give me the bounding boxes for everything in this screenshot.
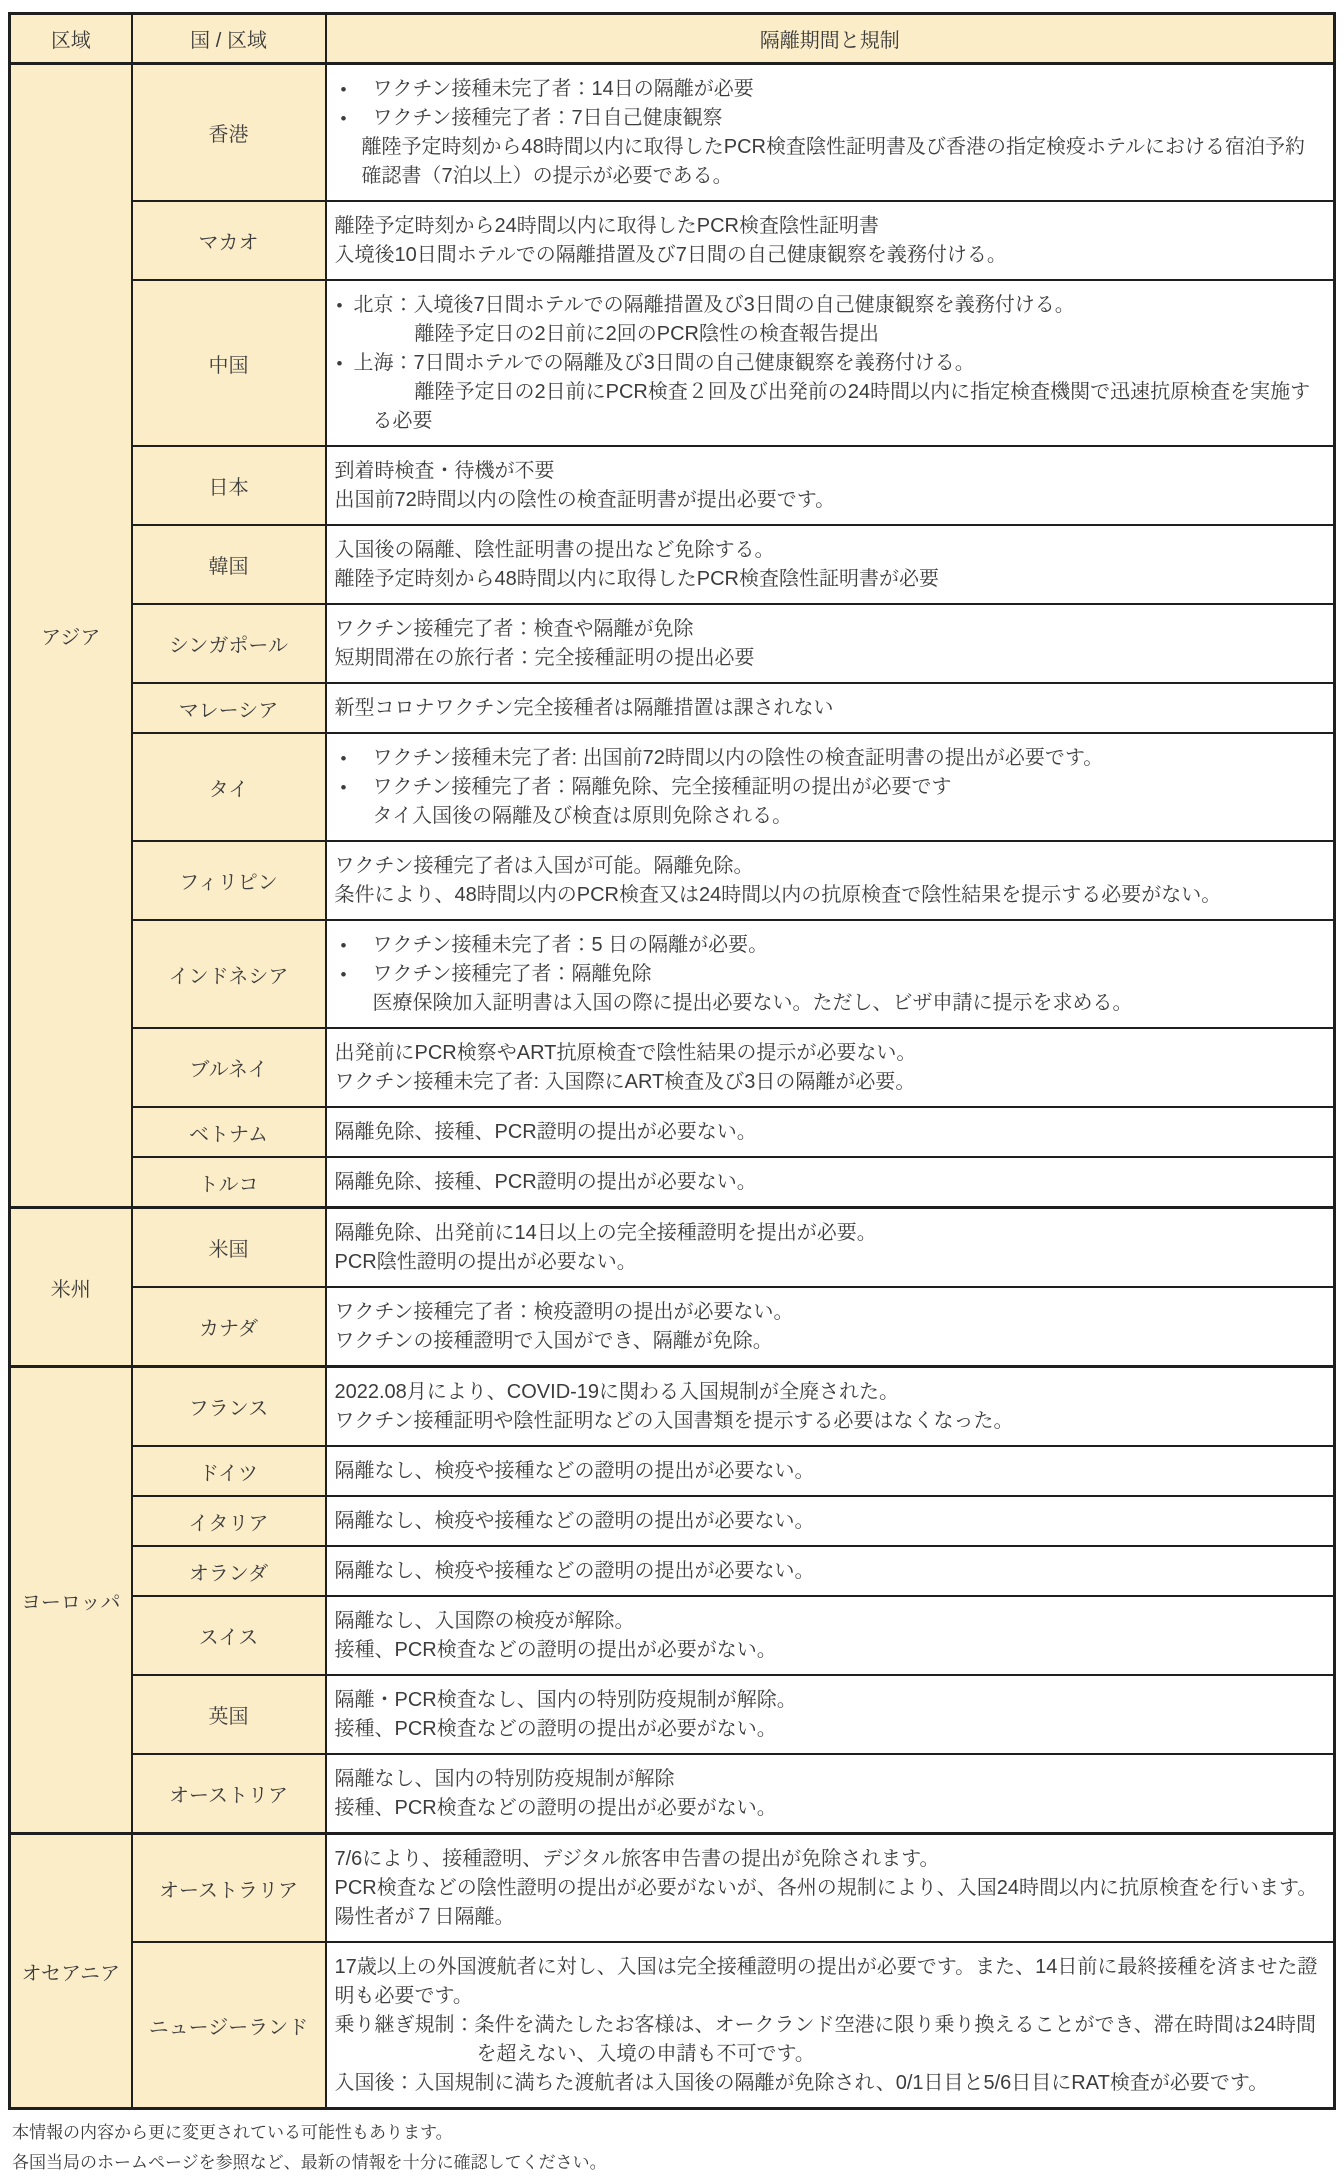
rule-text: 短期間滞在の旅行者：完全接種証明の提出必要 [335, 647, 755, 669]
rule-line: 出発前にPCR検察やART抗原検査で陰性結果の提示が必要ない。 [327, 1039, 1324, 1068]
table-row: ヨーロッパフランス2022.08月により、COVID-19に関わる入国規制が全廃… [10, 1367, 1335, 1447]
rule-text: 北京：入境後7日間ホテルでの隔離措置及び3日間の自己健康観察を義務付ける。 [354, 294, 1075, 316]
rule-text: ワクチン接種完了者：隔離免除、完全接種証明の提出が必要です [373, 776, 952, 798]
rule-line: 隔離免除、接種、PCR證明の提出が必要ない。 [327, 1118, 1324, 1147]
rules-cell: 隔離なし、検疫や接種などの證明の提出が必要ない。 [326, 1546, 1335, 1596]
bullet-icon: • [341, 773, 347, 802]
rule-line: 接種、PCR検査などの證明の提出が必要がない。 [327, 1715, 1324, 1744]
country-cell: インドネシア [132, 920, 326, 1028]
rules-cell: 隔離・PCR検査なし、国内の特別防疫規制が解除。接種、PCR検査などの證明の提出… [326, 1675, 1335, 1754]
rule-text: 接種、PCR検査などの證明の提出が必要がない。 [335, 1797, 777, 1819]
rule-line: 隔離・PCR検査なし、国内の特別防疫規制が解除。 [327, 1686, 1324, 1715]
rule-line: PCR陰性證明の提出が必要ない。 [327, 1248, 1324, 1277]
bullet-icon: • [341, 931, 347, 960]
footer-note-2: 各国当局のホームページを参照など、最新の情報を十分に確認してください。 [12, 2148, 1334, 2178]
rule-text: PCR陰性證明の提出が必要ない。 [335, 1251, 637, 1273]
rule-text: 隔離なし、検疫や接種などの證明の提出が必要ない。 [335, 1460, 815, 1482]
rule-line: 隔離なし、入国際の検疫が解除。 [327, 1607, 1324, 1636]
rule-text: 乗り継ぎ規制：条件を満たしたお客様は、オークランド空港に限り乗り換えることができ… [335, 2014, 1316, 2065]
rule-line: ワクチン接種完了者：検査や隔離が免除 [327, 615, 1324, 644]
country-cell: ブルネイ [132, 1028, 326, 1107]
rules-cell: 7/6により、接種證明、デジタル旅客申告書の提出が免除されます。PCR検査などの… [326, 1834, 1335, 1943]
rule-text: 隔離なし、国内の特別防疫規制が解除 [335, 1768, 675, 1790]
rule-text: ワクチンの接種證明で入国ができ、隔離が免除。 [335, 1330, 773, 1352]
rule-line: PCR検査などの陰性證明の提出が必要がないが、各州の規制により、入国24時間以内… [327, 1874, 1324, 1932]
country-cell: イタリア [132, 1496, 326, 1546]
rule-text: ワクチン接種未完了者：14日の隔離が必要 [373, 78, 754, 100]
rule-line: 乗り継ぎ規制：条件を満たしたお客様は、オークランド空港に限り乗り換えることができ… [327, 2011, 1324, 2069]
rules-cell: ワクチン接種完了者：検査や隔離が免除短期間滞在の旅行者：完全接種証明の提出必要 [326, 604, 1335, 683]
rule-bullet-line: •ワクチン接種未完了者：5 日の隔離が必要。 [327, 931, 1324, 960]
rule-bullet-line: •北京：入境後7日間ホテルでの隔離措置及び3日間の自己健康観察を義務付ける。 [327, 291, 1324, 320]
rules-cell: 出発前にPCR検察やART抗原検査で陰性結果の提示が必要ない。ワクチン接種未完了… [326, 1028, 1335, 1107]
rule-line: 離陸予定時刻から48時間以内に取得したPCR検査陰性証明書が必要 [327, 565, 1324, 594]
rule-line: ワクチンの接種證明で入国ができ、隔離が免除。 [327, 1327, 1324, 1356]
rule-text: ワクチン接種完了者：検疫證明の提出が必要ない。 [335, 1301, 794, 1323]
rule-text: 離陸予定時刻から48時間以内に取得したPCR検査陰性証明書が必要 [335, 568, 939, 590]
rule-line: 隔離なし、検疫や接種などの證明の提出が必要ない。 [327, 1557, 1324, 1586]
rule-text: ワクチン接種完了者：検査や隔離が免除 [335, 618, 694, 640]
rule-text: 医療保険加入証明書は入国の際に提出必要ない。ただし、ビザ申請に提示を求める。 [373, 992, 1133, 1014]
rule-line: 17歳以上の外国渡航者に対し、入国は完全接種證明の提出が必要です。また、14日前… [327, 1953, 1324, 2011]
rule-line: タイ入国後の隔離及び検査は原則免除される。 [327, 802, 1324, 831]
country-cell: スイス [132, 1596, 326, 1675]
rule-text: 出国前72時間以内の陰性の検査証明書が提出必要です。 [335, 489, 836, 511]
rule-text: 接種、PCR検査などの證明の提出が必要がない。 [335, 1718, 777, 1740]
rule-text: 隔離なし、入国際の検疫が解除。 [335, 1610, 635, 1632]
rule-text: 隔離免除、接種、PCR證明の提出が必要ない。 [335, 1171, 757, 1193]
rules-cell: 到着時検査・待機が不要出国前72時間以内の陰性の検査証明書が提出必要です。 [326, 446, 1335, 525]
rule-text: 到着時検査・待機が不要 [335, 460, 555, 482]
country-cell: シンガポール [132, 604, 326, 683]
table-row: スイス隔離なし、入国際の検疫が解除。接種、PCR検査などの證明の提出が必要がない… [10, 1596, 1335, 1675]
rules-cell: 新型コロナワクチン完全接種者は隔離措置は課されない [326, 683, 1335, 733]
rules-cell: 隔離免除、接種、PCR證明の提出が必要ない。 [326, 1157, 1335, 1208]
region-cell: アジア [10, 64, 132, 1208]
rule-bullet-line: •ワクチン接種完了者：隔離免除、完全接種証明の提出が必要です [327, 773, 1324, 802]
table-row: ブルネイ出発前にPCR検察やART抗原検査で陰性結果の提示が必要ない。ワクチン接… [10, 1028, 1335, 1107]
quarantine-rules-table: 区域 国 / 区域 隔離期間と規制 アジア香港•ワクチン接種未完了者：14日の隔… [8, 12, 1336, 2110]
country-cell: ニュージーランド [132, 1942, 326, 2109]
country-cell: ベトナム [132, 1107, 326, 1157]
bullet-icon: • [337, 349, 343, 378]
rule-text: 離陸予定時刻から24時間以内に取得したPCR検査陰性証明書 [335, 215, 879, 237]
table-row: 米州米国隔離免除、出発前に14日以上の完全接種證明を提出が必要。PCR陰性證明の… [10, 1208, 1335, 1288]
table-row: マレーシア新型コロナワクチン完全接種者は隔離措置は課されない [10, 683, 1335, 733]
rules-cell: 離陸予定時刻から24時間以内に取得したPCR検査陰性証明書入境後10日間ホテルで… [326, 201, 1335, 280]
rule-line: 医療保険加入証明書は入国の際に提出必要ない。ただし、ビザ申請に提示を求める。 [327, 989, 1324, 1018]
country-cell: カナダ [132, 1287, 326, 1367]
rule-text: 2022.08月により、COVID-19に関わる入国規制が全廃された。 [335, 1381, 900, 1403]
rule-text: タイ入国後の隔離及び検査は原則免除される。 [373, 805, 793, 827]
rule-line: ワクチン接種未完了者: 入国際にART検査及び3日の隔離が必要。 [327, 1068, 1324, 1097]
table-row: 中国•北京：入境後7日間ホテルでの隔離措置及び3日間の自己健康観察を義務付ける。… [10, 280, 1335, 446]
country-cell: タイ [132, 733, 326, 841]
country-cell: フィリピン [132, 841, 326, 920]
table-row: ドイツ隔離なし、検疫や接種などの證明の提出が必要ない。 [10, 1446, 1335, 1496]
rule-line: 離陸予定日の2日前に2回のPCR陰性の検査報告提出 [327, 320, 1324, 349]
rule-bullet-line: •ワクチン接種未完了者: 出国前72時間以内の陰性の検査証明書の提出が必要です。 [327, 744, 1324, 773]
rules-cell: •ワクチン接種未完了者：14日の隔離が必要•ワクチン接種完了者：7日自己健康観察… [326, 64, 1335, 202]
rules-cell: 隔離免除、接種、PCR證明の提出が必要ない。 [326, 1107, 1335, 1157]
rule-line: 隔離免除、接種、PCR證明の提出が必要ない。 [327, 1168, 1324, 1197]
rule-text: ワクチン接種完了者は入国が可能。隔離免除。 [335, 855, 754, 877]
table-row: カナダワクチン接種完了者：検疫證明の提出が必要ない。ワクチンの接種證明で入国がで… [10, 1287, 1335, 1367]
rule-line: 条件により、48時間以内のPCR検査又は24時間以内の抗原検査で陰性結果を提示す… [327, 881, 1324, 910]
rule-line: 2022.08月により、COVID-19に関わる入国規制が全廃された。 [327, 1378, 1324, 1407]
table-row: タイ•ワクチン接種未完了者: 出国前72時間以内の陰性の検査証明書の提出が必要で… [10, 733, 1335, 841]
rule-bullet-line: •ワクチン接種完了者：7日自己健康観察 [327, 104, 1324, 133]
table-row: インドネシア•ワクチン接種未完了者：5 日の隔離が必要。•ワクチン接種完了者：隔… [10, 920, 1335, 1028]
header-row: 区域 国 / 区域 隔離期間と規制 [10, 14, 1335, 64]
rules-cell: ワクチン接種完了者：検疫證明の提出が必要ない。ワクチンの接種證明で入国ができ、隔… [326, 1287, 1335, 1367]
rule-text: 入境後10日間ホテルでの隔離措置及び7日間の自己健康観察を義務付ける。 [335, 244, 1007, 266]
region-cell: オセアニア [10, 1834, 132, 2109]
rules-cell: •北京：入境後7日間ホテルでの隔離措置及び3日間の自己健康観察を義務付ける。離陸… [326, 280, 1335, 446]
rule-bullet-line: •ワクチン接種完了者：隔離免除 [327, 960, 1324, 989]
rule-text: 隔離・PCR検査なし、国内の特別防疫規制が解除。 [335, 1689, 797, 1711]
rule-text: 17歳以上の外国渡航者に対し、入国は完全接種證明の提出が必要です。また、14日前… [335, 1956, 1318, 2007]
rules-cell: 入国後の隔離、陰性証明書の提出など免除する。離陸予定時刻から48時間以内に取得し… [326, 525, 1335, 604]
table-row: マカオ離陸予定時刻から24時間以内に取得したPCR検査陰性証明書入境後10日間ホ… [10, 201, 1335, 280]
rule-line: 接種、PCR検査などの證明の提出が必要がない。 [327, 1636, 1324, 1665]
country-cell: 日本 [132, 446, 326, 525]
rule-text: PCR検査などの陰性證明の提出が必要がないが、各州の規制により、入国24時間以内… [335, 1877, 1318, 1928]
rule-text: ワクチン接種未完了者: 入国際にART検査及び3日の隔離が必要。 [335, 1071, 916, 1093]
table-header: 区域 国 / 区域 隔離期間と規制 [10, 14, 1335, 64]
rule-line: 隔離なし、検疫や接種などの證明の提出が必要ない。 [327, 1457, 1324, 1486]
rule-text: 隔離免除、接種、PCR證明の提出が必要ない。 [335, 1121, 757, 1143]
rule-text: 7/6により、接種證明、デジタル旅客申告書の提出が免除されます。 [335, 1848, 940, 1870]
rule-bullet-line: •上海：7日間ホテルでの隔離及び3日間の自己健康観察を義務付ける。 [327, 349, 1324, 378]
rule-text: 入国後の隔離、陰性証明書の提出など免除する。 [335, 539, 775, 561]
table-row: 日本到着時検査・待機が不要出国前72時間以内の陰性の検査証明書が提出必要です。 [10, 446, 1335, 525]
bullet-icon: • [341, 744, 347, 773]
table-row: シンガポールワクチン接種完了者：検査や隔離が免除短期間滞在の旅行者：完全接種証明… [10, 604, 1335, 683]
rule-text: 隔離なし、検疫や接種などの證明の提出が必要ない。 [335, 1510, 815, 1532]
rule-text: 離陸予定日の2日前に2回のPCR陰性の検査報告提出 [415, 323, 879, 345]
rule-line: 隔離なし、国内の特別防疫規制が解除 [327, 1765, 1324, 1794]
rule-line: 出国前72時間以内の陰性の検査証明書が提出必要です。 [327, 486, 1324, 515]
rule-bullet-line: •ワクチン接種未完了者：14日の隔離が必要 [327, 75, 1324, 104]
header-rules: 隔離期間と規制 [326, 14, 1335, 64]
rule-text: 離陸予定日の2日前にPCR検査２回及び出発前の24時間以内に指定検査機関で迅速抗… [373, 381, 1311, 432]
rule-text: 隔離免除、出発前に14日以上の完全接種證明を提出が必要。 [335, 1222, 877, 1244]
country-cell: 中国 [132, 280, 326, 446]
rule-text: 入国後：入国規制に満ちた渡航者は入国後の隔離が免除され、0/1日目と5/6日目に… [335, 2072, 1269, 2094]
footer-notes: 本情報の内容から更に変更されている可能性もあります。 各国当局のホームページを参… [8, 2110, 1336, 2178]
rule-line: ワクチン接種完了者は入国が可能。隔離免除。 [327, 852, 1324, 881]
rules-cell: 隔離免除、出発前に14日以上の完全接種證明を提出が必要。PCR陰性證明の提出が必… [326, 1208, 1335, 1288]
table-row: トルコ隔離免除、接種、PCR證明の提出が必要ない。 [10, 1157, 1335, 1208]
rule-line: 離陸予定時刻から24時間以内に取得したPCR検査陰性証明書 [327, 212, 1324, 241]
rule-line: 隔離免除、出発前に14日以上の完全接種證明を提出が必要。 [327, 1219, 1324, 1248]
rule-text: 条件により、48時間以内のPCR検査又は24時間以内の抗原検査で陰性結果を提示す… [335, 884, 1222, 906]
country-cell: 米国 [132, 1208, 326, 1288]
rules-cell: •ワクチン接種未完了者：5 日の隔離が必要。•ワクチン接種完了者：隔離免除医療保… [326, 920, 1335, 1028]
rule-text: 接種、PCR検査などの證明の提出が必要がない。 [335, 1639, 777, 1661]
table-row: オランダ隔離なし、検疫や接種などの證明の提出が必要ない。 [10, 1546, 1335, 1596]
rule-line: 新型コロナワクチン完全接種者は隔離措置は課されない [327, 694, 1324, 723]
table-row: アジア香港•ワクチン接種未完了者：14日の隔離が必要•ワクチン接種完了者：7日自… [10, 64, 1335, 202]
rule-line: 入国後の隔離、陰性証明書の提出など免除する。 [327, 536, 1324, 565]
table-row: オセアニアオーストラリア7/6により、接種證明、デジタル旅客申告書の提出が免除さ… [10, 1834, 1335, 1943]
table-row: オーストリア隔離なし、国内の特別防疫規制が解除接種、PCR検査などの證明の提出が… [10, 1754, 1335, 1834]
rule-text: 上海：7日間ホテルでの隔離及び3日間の自己健康観察を義務付ける。 [354, 352, 975, 374]
page: 区域 国 / 区域 隔離期間と規制 アジア香港•ワクチン接種未完了者：14日の隔… [0, 0, 1344, 2178]
rule-line: ワクチン接種証明や陰性証明などの入国書類を提示する必要はなくなった。 [327, 1407, 1324, 1436]
footer-note-1: 本情報の内容から更に変更されている可能性もあります。 [12, 2118, 1334, 2148]
bullet-icon: • [341, 960, 347, 989]
table-body: アジア香港•ワクチン接種未完了者：14日の隔離が必要•ワクチン接種完了者：7日自… [10, 64, 1335, 2109]
rule-text: ワクチン接種未完了者: 出国前72時間以内の陰性の検査証明書の提出が必要です。 [373, 747, 1104, 769]
country-cell: オーストリア [132, 1754, 326, 1834]
country-cell: マレーシア [132, 683, 326, 733]
rule-line: 入境後10日間ホテルでの隔離措置及び7日間の自己健康観察を義務付ける。 [327, 241, 1324, 270]
rule-text: 離陸予定時刻から48時間以内に取得したPCR検査陰性証明書及び香港の指定検疫ホテ… [362, 136, 1305, 187]
country-cell: オーストラリア [132, 1834, 326, 1943]
rules-cell: 2022.08月により、COVID-19に関わる入国規制が全廃された。ワクチン接… [326, 1367, 1335, 1447]
rule-text: 隔離なし、検疫や接種などの證明の提出が必要ない。 [335, 1560, 815, 1582]
header-country: 国 / 区域 [132, 14, 326, 64]
table-row: イタリア隔離なし、検疫や接種などの證明の提出が必要ない。 [10, 1496, 1335, 1546]
rules-cell: 17歳以上の外国渡航者に対し、入国は完全接種證明の提出が必要です。また、14日前… [326, 1942, 1335, 2109]
rules-cell: ワクチン接種完了者は入国が可能。隔離免除。条件により、48時間以内のPCR検査又… [326, 841, 1335, 920]
bullet-icon: • [341, 75, 347, 104]
rules-cell: 隔離なし、検疫や接種などの證明の提出が必要ない。 [326, 1496, 1335, 1546]
rule-line: 短期間滞在の旅行者：完全接種証明の提出必要 [327, 644, 1324, 673]
rule-text: 出発前にPCR検察やART抗原検査で陰性結果の提示が必要ない。 [335, 1042, 917, 1064]
country-cell: 韓国 [132, 525, 326, 604]
rule-line: 離陸予定日の2日前にPCR検査２回及び出発前の24時間以内に指定検査機関で迅速抗… [327, 378, 1324, 436]
header-region: 区域 [10, 14, 132, 64]
table-row: ベトナム隔離免除、接種、PCR證明の提出が必要ない。 [10, 1107, 1335, 1157]
country-cell: マカオ [132, 201, 326, 280]
rules-cell: 隔離なし、検疫や接種などの證明の提出が必要ない。 [326, 1446, 1335, 1496]
rules-cell: •ワクチン接種未完了者: 出国前72時間以内の陰性の検査証明書の提出が必要です。… [326, 733, 1335, 841]
country-cell: 香港 [132, 64, 326, 202]
rules-cell: 隔離なし、国内の特別防疫規制が解除接種、PCR検査などの證明の提出が必要がない。 [326, 1754, 1335, 1834]
rule-line: 7/6により、接種證明、デジタル旅客申告書の提出が免除されます。 [327, 1845, 1324, 1874]
rule-text: ワクチン接種完了者：7日自己健康観察 [373, 107, 723, 129]
table-row: 英国隔離・PCR検査なし、国内の特別防疫規制が解除。接種、PCR検査などの證明の… [10, 1675, 1335, 1754]
rule-line: 到着時検査・待機が不要 [327, 457, 1324, 486]
country-cell: オランダ [132, 1546, 326, 1596]
country-cell: 英国 [132, 1675, 326, 1754]
table-row: 韓国入国後の隔離、陰性証明書の提出など免除する。離陸予定時刻から48時間以内に取… [10, 525, 1335, 604]
bullet-icon: • [337, 291, 343, 320]
rule-line: ワクチン接種完了者：検疫證明の提出が必要ない。 [327, 1298, 1324, 1327]
region-cell: 米州 [10, 1208, 132, 1367]
rule-line: 離陸予定時刻から48時間以内に取得したPCR検査陰性証明書及び香港の指定検疫ホテ… [327, 133, 1324, 191]
table-row: ニュージーランド17歳以上の外国渡航者に対し、入国は完全接種證明の提出が必要です… [10, 1942, 1335, 2109]
country-cell: フランス [132, 1367, 326, 1447]
rule-text: ワクチン接種未完了者：5 日の隔離が必要。 [373, 934, 769, 956]
rule-text: 新型コロナワクチン完全接種者は隔離措置は課されない [335, 697, 834, 719]
rule-text: ワクチン接種証明や陰性証明などの入国書類を提示する必要はなくなった。 [335, 1410, 1014, 1432]
region-cell: ヨーロッパ [10, 1367, 132, 1834]
rule-line: 接種、PCR検査などの證明の提出が必要がない。 [327, 1794, 1324, 1823]
country-cell: ドイツ [132, 1446, 326, 1496]
rule-text: ワクチン接種完了者：隔離免除 [373, 963, 652, 985]
country-cell: トルコ [132, 1157, 326, 1208]
rules-cell: 隔離なし、入国際の検疫が解除。接種、PCR検査などの證明の提出が必要がない。 [326, 1596, 1335, 1675]
bullet-icon: • [341, 104, 347, 133]
table-row: フィリピンワクチン接種完了者は入国が可能。隔離免除。条件により、48時間以内のP… [10, 841, 1335, 920]
rule-line: 隔離なし、検疫や接種などの證明の提出が必要ない。 [327, 1507, 1324, 1536]
rule-line: 入国後：入国規制に満ちた渡航者は入国後の隔離が免除され、0/1日目と5/6日目に… [327, 2069, 1324, 2098]
